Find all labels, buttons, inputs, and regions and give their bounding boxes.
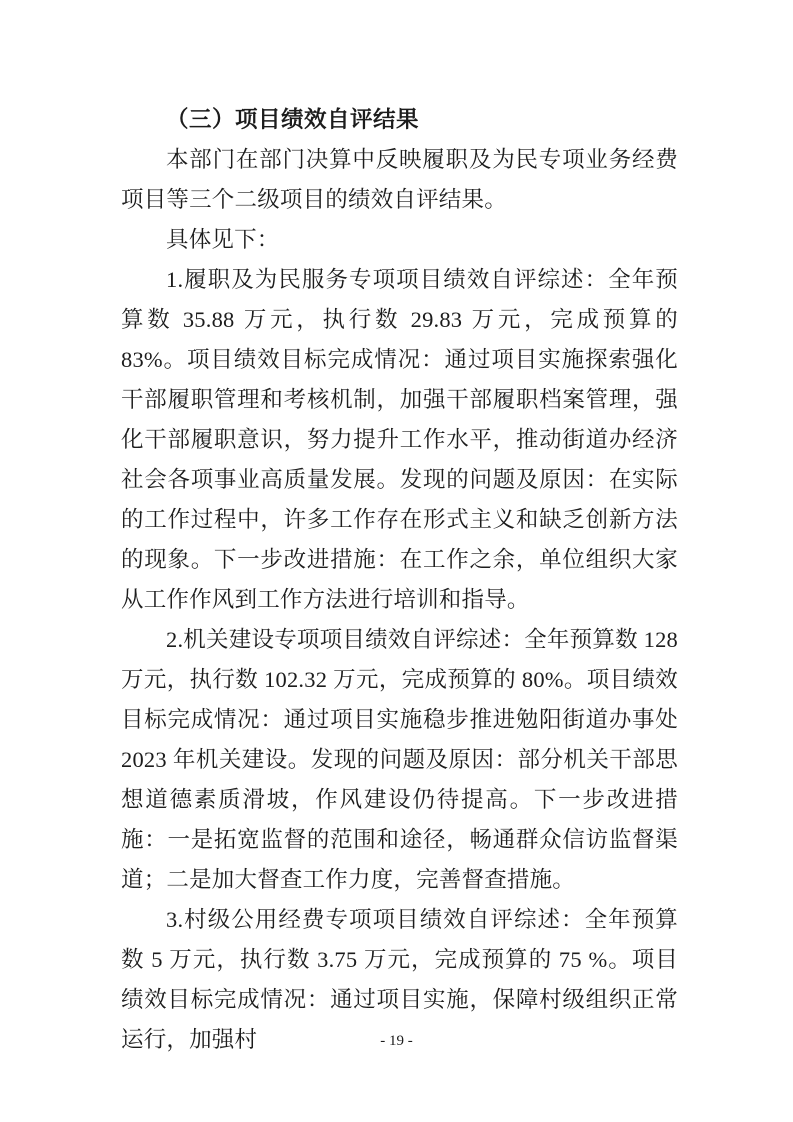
paragraph-project-1: 1.履职及为民服务专项项目绩效自评综述：全年预算数 35.88 万元，执行数 2… [121,260,678,620]
document-page: （三）项目绩效自评结果 本部门在部门决算中反映履职及为民专项业务经费项目等三个二… [0,0,793,1122]
paragraph-project-2: 2.机关建设专项项目绩效自评综述：全年预算数 128 万元，执行数 102.32… [121,620,678,900]
section-heading: （三）项目绩效自评结果 [121,100,678,140]
page-number: - 19 - [0,1030,793,1052]
document-body: （三）项目绩效自评结果 本部门在部门决算中反映履职及为民专项业务经费项目等三个二… [121,100,678,1060]
paragraph-intro: 本部门在部门决算中反映履职及为民专项业务经费项目等三个二级项目的绩效自评结果。 [121,140,678,220]
paragraph-lead-in: 具体见下： [121,220,678,260]
